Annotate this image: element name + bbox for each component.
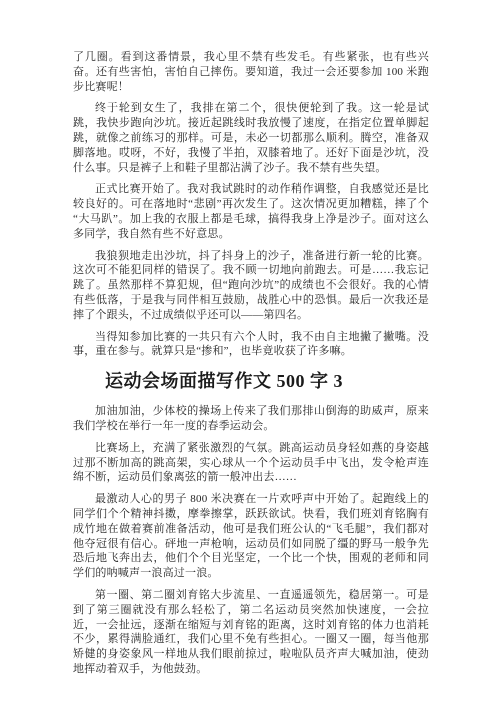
essay-paragraph: 当得知参加比赛的一共只有六个人时，我不由自主地撇了撇嘴。没事，重在参与。就算只是… xyxy=(73,330,429,360)
essay-paragraph: 比赛场上，充满了紧张激烈的气氛。跳高运动员身轻如燕的身姿越过那不断加高的跳高架，… xyxy=(73,441,429,485)
document-page: 了几圈。看到这番情景，我心里不禁有些发毛。有些紧张，也有些兴奋。还有些害怕，害怕… xyxy=(0,0,500,707)
essay-paragraph: 我狼狈地走出沙坑，抖了抖身上的沙子，准备进行新一轮的比赛。这次可不能犯同样的错误… xyxy=(73,249,429,323)
essay-paragraph: 正式比赛开始了。我对我试跳时的动作稍作调整，自我感觉还是比较良好的。可在落地时“… xyxy=(73,182,429,241)
essay-paragraph: 第一圈、第二圈刘育铭大步流星、一直遥遥领先，稳居第一。可是到了第三圈就没有那么轻… xyxy=(73,588,429,677)
essay-paragraph: 加油加油，少体校的操场上传来了我们那排山倒海的助威声，原来我们学校在举行一年一度… xyxy=(73,404,429,434)
essay-paragraph-continuation: 了几圈。看到这番情景，我心里不禁有些发毛。有些紧张，也有些兴奋。还有些害怕，害怕… xyxy=(73,50,429,94)
essay-paragraph: 终于轮到女生了，我排在第二个，很快便轮到了我。这一轮是试跳，我快步跑向沙坑。接近… xyxy=(73,101,429,175)
essay-content: 了几圈。看到这番情景，我心里不禁有些发毛。有些紧张，也有些兴奋。还有些害怕，害怕… xyxy=(0,0,500,677)
essay-paragraph: 最激动人心的男子 800 米决赛在一片欢呼声中开始了。起跑线上的同学们个个精神抖… xyxy=(73,492,429,581)
essay-title: 运动会场面描写作文 500 字 3 xyxy=(73,369,429,393)
